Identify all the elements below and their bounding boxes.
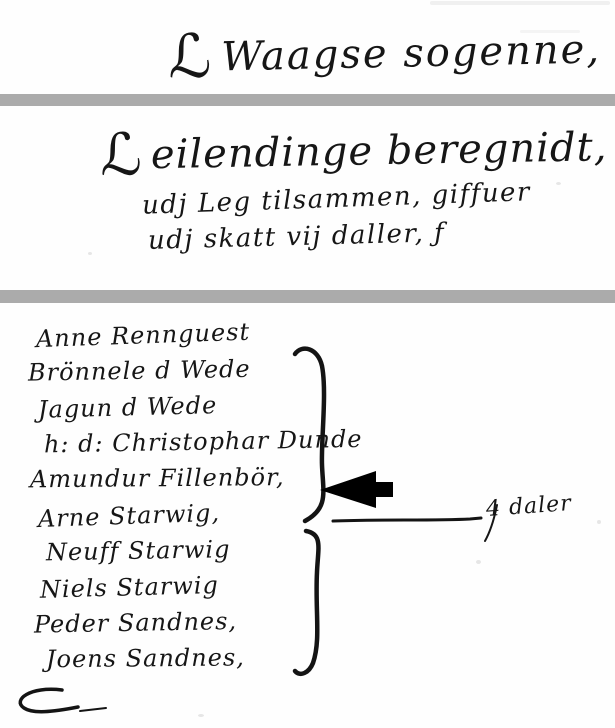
grouping-brace-upper xyxy=(295,349,324,521)
signature-flourish-tick xyxy=(80,708,106,711)
paper-speck xyxy=(556,182,561,185)
amount-rule-line xyxy=(333,518,481,521)
paper-speck xyxy=(597,520,601,524)
grouping-brace-lower xyxy=(295,531,318,674)
ink-overlay xyxy=(0,0,615,728)
paper-smudge xyxy=(430,1,610,5)
paper-smudge xyxy=(520,30,580,33)
signature-flourish-tail xyxy=(20,689,78,711)
left-arrow-icon xyxy=(320,471,393,508)
manuscript-page: ℒWaagse sogenne, ℒeilendinge beregnidt, … xyxy=(0,0,615,728)
paper-speck xyxy=(88,252,92,255)
paper-speck xyxy=(476,560,481,564)
amount-figure-descender xyxy=(485,505,497,541)
paper-speck xyxy=(198,714,204,717)
